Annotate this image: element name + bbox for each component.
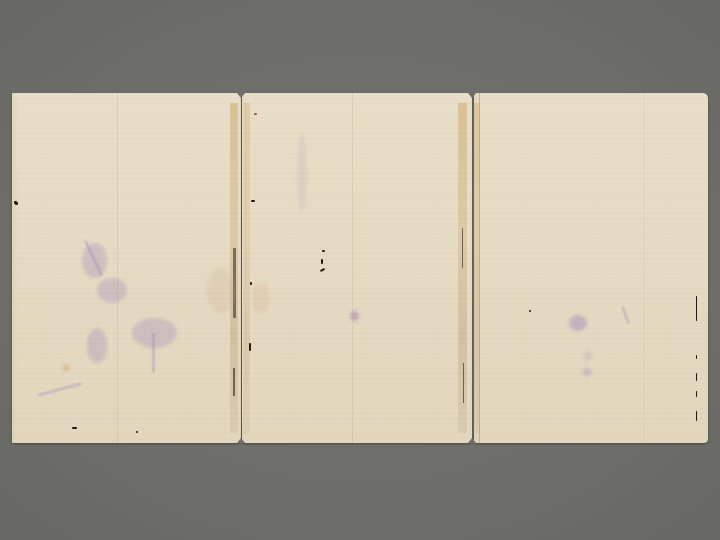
triptych-sheet-right: Right sheet bbox=[474, 93, 708, 443]
edge-mark bbox=[233, 368, 235, 396]
ink-speck bbox=[254, 113, 257, 115]
paper-fold-line bbox=[644, 93, 645, 443]
paper-fold-line bbox=[352, 93, 353, 443]
ink-show-through bbox=[582, 368, 592, 376]
sheet-joint-notch bbox=[237, 438, 245, 443]
ink-show-through bbox=[152, 333, 155, 373]
ink-show-through bbox=[621, 306, 630, 324]
ink-speck bbox=[251, 200, 255, 202]
edge-mark bbox=[463, 363, 464, 403]
ink-show-through bbox=[569, 315, 587, 331]
ink-speck bbox=[250, 282, 252, 285]
stain bbox=[62, 365, 70, 371]
ink-speck bbox=[696, 411, 697, 421]
triptych-sheet-left: Left sheet bbox=[12, 93, 241, 443]
ink-show-through bbox=[350, 311, 359, 321]
ink-speck bbox=[696, 373, 697, 381]
ink-speck bbox=[529, 310, 531, 312]
ink-speck bbox=[320, 268, 325, 272]
ink-speck bbox=[72, 427, 77, 429]
ink-speck bbox=[14, 201, 17, 204]
stain bbox=[207, 268, 235, 313]
paper-fold-line bbox=[479, 93, 480, 443]
edge-mark bbox=[462, 228, 463, 268]
ink-speck bbox=[136, 431, 138, 433]
edge-stain bbox=[244, 103, 250, 433]
ink-speck bbox=[321, 259, 323, 264]
ink-speck bbox=[696, 296, 697, 321]
ink-speck bbox=[696, 391, 697, 397]
gray-background: Left sheet Middle sheet bbox=[0, 0, 720, 540]
ink-speck bbox=[249, 343, 251, 351]
sheet-joint-notch bbox=[468, 438, 476, 443]
ink-speck bbox=[322, 250, 325, 252]
paper-fold-line bbox=[117, 93, 118, 443]
ink-show-through bbox=[584, 351, 592, 361]
ink-show-through bbox=[37, 382, 81, 397]
triptych-sheet-middle: Middle sheet bbox=[242, 93, 472, 443]
ink-show-through bbox=[87, 328, 107, 363]
sheet-joint-notch bbox=[237, 93, 245, 98]
ink-show-through bbox=[297, 133, 307, 213]
stain bbox=[252, 283, 270, 313]
ink-show-through bbox=[97, 278, 127, 303]
ink-speck bbox=[696, 355, 697, 359]
sheet-joint-notch bbox=[468, 93, 476, 98]
